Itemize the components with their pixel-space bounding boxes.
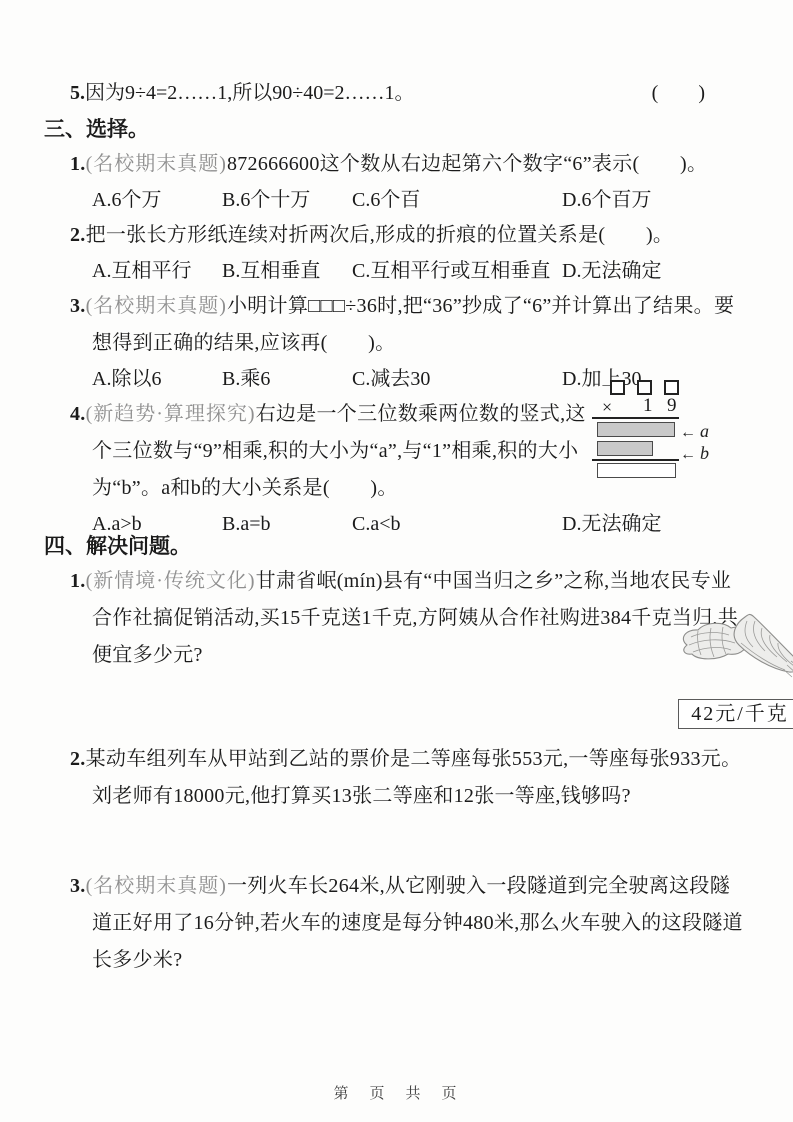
partial-product-a-bar: [597, 422, 675, 437]
option-b: B.乘6: [222, 362, 270, 396]
option-b: B.互相垂直: [222, 254, 320, 288]
arrow-label-a: ←a: [680, 421, 709, 442]
option-c: C.互相平行或互相垂直: [352, 254, 550, 288]
digit-box: [637, 380, 652, 395]
page-footer: 第 页 共 页: [0, 1082, 793, 1103]
left-arrow-icon: ←: [680, 446, 696, 463]
question-number: 5.: [70, 82, 85, 104]
question-source-tag: (名校期末真题): [86, 153, 227, 175]
solve-question-2: 2.某动车组列车从甲站到乙站的票价是二等座每张553元,一等座每张933元。刘老…: [92, 741, 747, 815]
partial-product-b-bar: [597, 441, 653, 456]
solve-question-3: 3.(名校期末真题)一列火车长264米,从它刚驶入一段隧道到完全驶离这段隧道正好…: [92, 868, 747, 979]
multiplier-tens-digit: 1: [643, 395, 653, 417]
options-row-q1: A.6个万 B.6个十万 C.6个百 D.6个百万: [0, 183, 793, 217]
question-number: 4.: [70, 403, 86, 425]
diagram-rule-line: [592, 417, 679, 419]
left-arrow-icon: ←: [680, 424, 696, 441]
section-heading-choice: 三、选择。: [44, 112, 793, 146]
question-text: 872666600这个数从右边起第六个数字“6”表示( )。: [227, 153, 707, 175]
question-number: 1.: [70, 153, 86, 175]
question-number: 2.: [70, 748, 86, 770]
question-text: 因为9÷4=2……1,所以90÷40=2……1。: [85, 82, 415, 104]
question-source-tag: (新趋势·算理探究): [86, 403, 256, 425]
option-d: D.6个百万: [562, 183, 651, 217]
choice-question-3: 3.(名校期末真题)小明计算□□□÷36时,把“36”抄成了“6”并计算出了结果…: [92, 288, 747, 362]
option-c: C.6个百: [352, 183, 420, 217]
question-number: 3.: [70, 295, 86, 317]
option-a: A.除以6: [92, 362, 161, 396]
question-source-tag: (名校期末真题): [86, 295, 227, 317]
question-source-tag: (名校期末真题): [86, 875, 227, 897]
label-b: b: [700, 443, 709, 463]
question-text: 某动车组列车从甲站到乙站的票价是二等座每张553元,一等座每张933元。刘老师有…: [86, 748, 742, 807]
question-number: 2.: [70, 224, 86, 246]
angelica-roots-illustration: [665, 605, 793, 683]
option-a: A.a>b: [92, 507, 142, 541]
arrow-label-b: ←b: [680, 443, 709, 464]
question-source-tag: (新情境·传统文化): [86, 570, 256, 592]
judgement-item-5-line: 5.因为9÷4=2……1,所以90÷40=2……1。: [70, 75, 415, 112]
final-product-bar: [597, 463, 676, 478]
question-text: 把一张长方形纸连续对折两次后,形成的折痕的位置关系是( )。: [86, 224, 674, 246]
choice-question-1: 1.(名校期末真题)872666600这个数从右边起第六个数字“6”表示( )。: [92, 146, 747, 183]
multiplication-vertical-form-diagram: × 1 9 ←a ←b: [587, 380, 745, 482]
answer-bracket: ( ): [652, 75, 705, 112]
judgement-item-5: 5.因为9÷4=2……1,所以90÷40=2……1。 ( ): [70, 75, 705, 112]
option-b: B.6个十万: [222, 183, 310, 217]
option-a: A.互相平行: [92, 254, 191, 288]
question-number: 1.: [70, 570, 86, 592]
choice-question-4: × 1 9 ←a ←b 4.(新趋势·算理探究)右边是一个三位数乘两位数的竖式,…: [92, 396, 747, 507]
option-b: B.a=b: [222, 507, 271, 541]
option-c: C.减去30: [352, 362, 430, 396]
price-tag: 42元/千克: [678, 699, 793, 729]
multiplier-ones-digit: 9: [667, 395, 677, 417]
options-row-q2: A.互相平行 B.互相垂直 C.互相平行或互相垂直 D.无法确定: [0, 254, 793, 288]
option-a: A.6个万: [92, 183, 161, 217]
diagram-rule-line: [592, 459, 679, 461]
digit-box: [610, 380, 625, 395]
solve-question-1: 1.(新情境·传统文化)甘肃省岷(mín)县有“中国当归之乡”之称,当地农民专业…: [92, 563, 747, 741]
digit-box: [664, 380, 679, 395]
options-row-q4: A.a>b B.a=b C.a<b D.无法确定: [0, 507, 793, 541]
exam-paper-page: 5.因为9÷4=2……1,所以90÷40=2……1。 ( ) 三、选择。 1.(…: [0, 0, 793, 1122]
question-number: 3.: [70, 875, 86, 897]
choice-question-2: 2.把一张长方形纸连续对折两次后,形成的折痕的位置关系是( )。: [92, 217, 747, 254]
multiply-sign: ×: [602, 397, 612, 418]
option-d: D.无法确定: [562, 507, 661, 541]
option-c: C.a<b: [352, 507, 401, 541]
label-a: a: [700, 421, 709, 441]
angelica-figure: 42元/千克: [640, 605, 793, 733]
option-d: D.无法确定: [562, 254, 661, 288]
